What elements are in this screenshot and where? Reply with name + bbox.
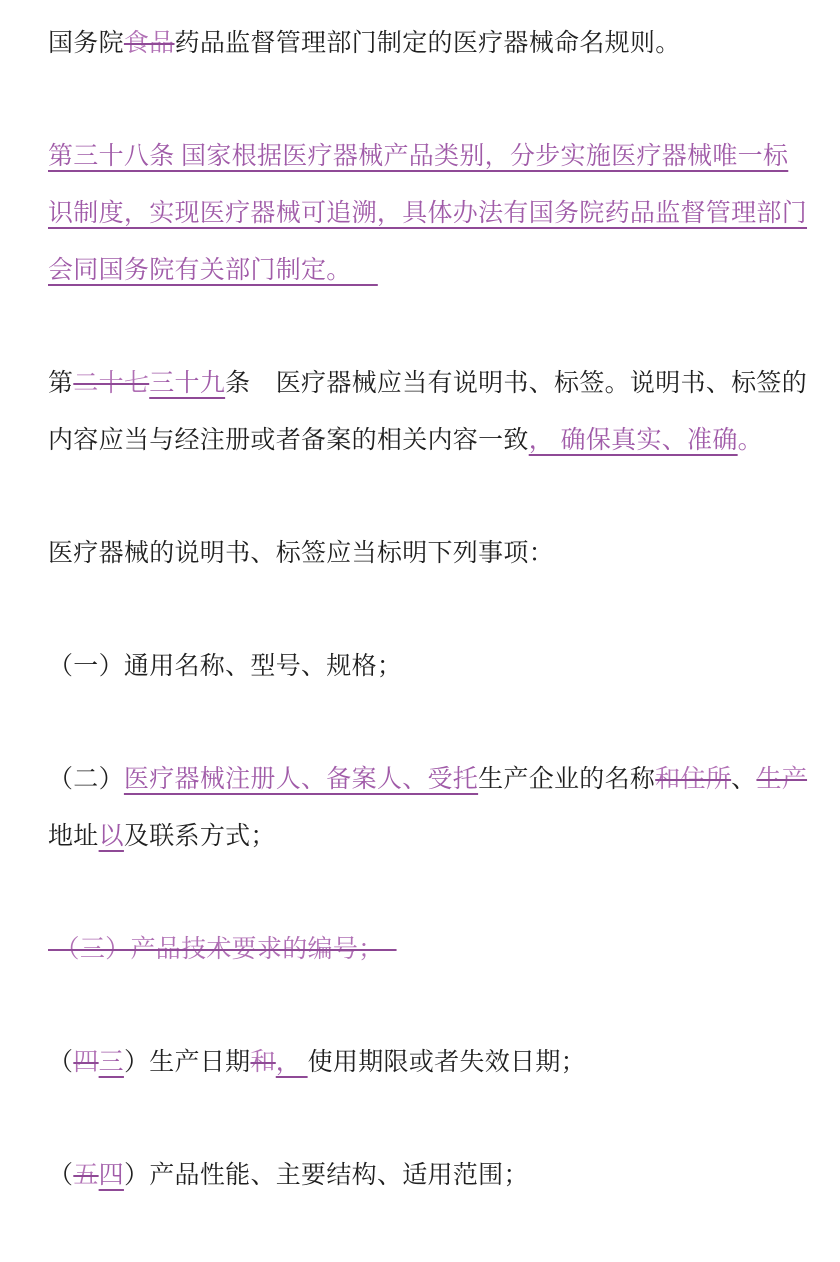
- paragraph: （四三）生产日期和， 使用期限或者失效日期；: [48, 1034, 810, 1091]
- inserted-text: ， 确保真实、准确: [529, 427, 738, 454]
- text-segment: 使用期限或者失效日期；: [308, 1049, 586, 1076]
- paragraph: （五四）产品性能、主要结构、适用范围；: [48, 1147, 810, 1204]
- paragraph: 第三十八条 国家根据医疗器械产品类别，分步实施医疗器械唯一标识制度，实现医疗器械…: [48, 128, 810, 299]
- deleted-text: 二十七: [73, 370, 149, 397]
- deleted-text: 生产: [756, 766, 807, 793]
- inserted-text-no-underline: 。: [738, 427, 763, 454]
- text-segment: 第: [48, 370, 73, 397]
- inserted-text: 四: [99, 1162, 124, 1189]
- paragraph: （一）通用名称、型号、规格；: [48, 638, 810, 695]
- inserted-text: 三: [99, 1049, 124, 1076]
- deleted-text: 和住所: [655, 766, 731, 793]
- inserted-text: 以: [99, 823, 124, 850]
- text-segment: 地址: [48, 823, 99, 850]
- text-segment: 国务院: [48, 30, 124, 57]
- text-segment: （: [48, 1049, 73, 1076]
- text-segment: （: [48, 1162, 73, 1189]
- inserted-text: 第三十八条 国家根据医疗器械产品类别，分步实施医疗器械唯一标识制度，实现医疗器械…: [48, 143, 807, 284]
- paragraph: （二）医疗器械注册人、备案人、受托生产企业的名称和住所、生产地址以及联系方式；: [48, 751, 810, 865]
- text-segment: 及联系方式；: [124, 823, 276, 850]
- text-segment: （一）通用名称、型号、规格；: [48, 653, 402, 680]
- document-page: 国务院食品药品监督管理部门制定的医疗器械命名规则。第三十八条 国家根据医疗器械产…: [0, 0, 840, 1262]
- deleted-text: 四: [73, 1049, 98, 1076]
- deleted-text: 和: [250, 1049, 275, 1076]
- text-segment: ）产品性能、主要结构、适用范围；: [124, 1162, 529, 1189]
- paragraph: 医疗器械的说明书、标签应当标明下列事项：: [48, 525, 810, 582]
- text-segment: 、: [731, 766, 756, 793]
- deleted-text: 五: [73, 1162, 98, 1189]
- inserted-text: ，: [276, 1049, 308, 1076]
- text-segment: ）生产日期: [124, 1049, 251, 1076]
- inserted-text: 医疗器械注册人、备案人、受托: [124, 766, 478, 793]
- deleted-text: （三）产品技术要求的编号；: [48, 936, 397, 963]
- document-body: 国务院食品药品监督管理部门制定的医疗器械命名规则。第三十八条 国家根据医疗器械产…: [48, 15, 810, 1204]
- paragraph: 国务院食品药品监督管理部门制定的医疗器械命名规则。: [48, 15, 810, 72]
- text-segment: 生产企业的名称: [478, 766, 655, 793]
- paragraph: （三）产品技术要求的编号；: [48, 921, 810, 978]
- text-segment: 医疗器械的说明书、标签应当标明下列事项：: [48, 540, 554, 567]
- paragraph: 第二十七三十九条 医疗器械应当有说明书、标签。说明书、标签的内容应当与经注册或者…: [48, 355, 810, 469]
- deleted-text: 食品: [124, 30, 175, 57]
- inserted-text: 三十九: [149, 370, 225, 397]
- text-segment: 药品监督管理部门制定的医疗器械命名规则。: [175, 30, 681, 57]
- text-segment: （二）: [48, 766, 124, 793]
